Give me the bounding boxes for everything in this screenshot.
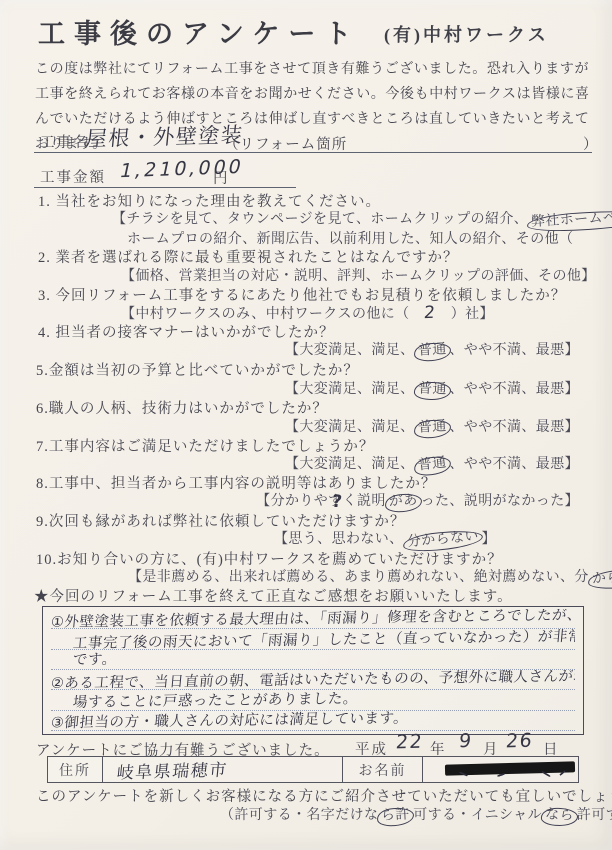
date-day-handwritten: 26 — [505, 730, 534, 753]
q7-options-pre: 【大変満足、満足、 — [285, 457, 415, 472]
question-4-options: 【大変満足、満足、普通、やや不満、最悪】 — [285, 339, 579, 361]
perm-circle-annotation-2: なら — [541, 807, 579, 827]
handwritten-comment-1: ①外壁塗装工事を依頼する最大理由は、「雨漏り」修理を含むところでしたが、 — [51, 609, 575, 629]
q1-options-pre: 【チラシを見て、タウンページを見て、ホームクリップの紹介、 — [112, 212, 528, 227]
q7-options-post: 、やや不満、最悪】 — [449, 457, 579, 472]
date-month-handwritten: 9 — [458, 730, 474, 752]
handwritten-comment-3: ③御担当の方・職人さんの対応には満足しています。 — [51, 711, 409, 731]
question-5-options: 【大変満足、満足、普通、やや不満、最悪】 — [285, 378, 579, 400]
handwritten-comment-1c: です。 — [72, 650, 118, 670]
handwritten-comment-2: ②ある工程で、当日直前の朝、電話はいただいたものの、予想外に職人さんが現場入 — [51, 670, 575, 690]
question-1-options-line1: 【チラシを見て、タウンページを見て、ホームクリップの紹介、弊社ホームページ — [112, 208, 612, 230]
perm-options-pre: （許可する・名字だけな — [220, 808, 378, 823]
free-comment-prompt: ★今回のリフォーム工事を終えて正直なご感想をお願いいたします。 — [34, 585, 513, 606]
permission-question: このアンケートを新しくお客様になる方にご紹介させていただいても宜しいでしょうか？ — [36, 785, 612, 806]
q8-options-pre: 【分かりやすく説明 — [256, 494, 386, 509]
q3-options-post: ）社】 — [436, 307, 494, 322]
name-label-cell: お名前 — [343, 757, 423, 782]
q4-circle-annotation: 普通 — [413, 342, 451, 362]
perm-circle-annotation-1: ら許 — [377, 807, 415, 827]
work-amount-label: 工事金額 — [40, 166, 106, 187]
question-3-options: 【中村ワークスのみ、中村ワークスの他に（ 2 ）社】 — [121, 303, 494, 323]
comment-box: ①外壁塗装工事を依頼する最大理由は、「雨漏り」修理を含むところでしたが、 工事完… — [42, 606, 584, 735]
permission-options: （許可する・名字だけなら許可する・イニシャルなら許可する） — [220, 804, 612, 826]
company-name: (有)中村ワークス — [384, 21, 549, 47]
q5-circle-annotation: 普通 — [413, 381, 450, 400]
address-label: 住所 — [59, 760, 91, 780]
q6-circle-annotation: 普通 — [413, 419, 451, 439]
address-handwritten-value: 岐阜県瑞穂市 — [116, 756, 229, 784]
q9-options-post: 】 — [482, 532, 496, 547]
q10-circle-annotation: からない — [587, 568, 612, 590]
q6-options-post: 、やや不満、最悪】 — [449, 420, 579, 435]
work-amount-unit: 円 — [213, 167, 229, 188]
q3-handwritten-count: 2 — [423, 303, 437, 323]
name-label: お名前 — [359, 760, 407, 780]
question-2: 2. 業者を選ばれる際に最も重要視されたことはなんですか？ — [38, 246, 459, 267]
scanned-survey-document: 工事後のアンケート (有)中村ワークス この度は弊社にてリフォーム工事をさせて頂… — [0, 0, 612, 850]
question-9-options: 【思う、思わない、分からない】 — [274, 528, 496, 550]
comment-line: ③御担当の方・職人さんの対応には満足しています。 — [51, 711, 575, 731]
page-title: 工事後のアンケート — [38, 12, 360, 51]
question-5: 5.金額は当初の予算と比べていかがでしたか？ — [36, 359, 359, 380]
q10-options-pre: 【是非薦める、出来れば薦める、あまり薦めれない、絶対薦めない、分 — [128, 570, 589, 585]
question-3: 3. 今回リフォーム工事をするにあたり他社でもお見積りを依頼しましたか？ — [38, 284, 566, 305]
q5-options-pre: 【大変満足、満足、 — [285, 382, 415, 397]
comment-line: 工事完了後の雨天において「雨漏り」したこと（直っていなかった）が非常に残念 — [51, 629, 575, 649]
q3-options-pre: 【中村ワークスのみ、中村ワークスの他に（ — [121, 307, 424, 322]
handwritten-comment-2b: 場することに戸惑ったことがありました。 — [72, 690, 359, 710]
comment-line: です。 — [51, 650, 575, 670]
address-label-cell: 住所 — [48, 757, 103, 782]
q5-options-post: 、やや不満、最悪】 — [449, 382, 579, 397]
question-8-options: 【分かりやすく説明があった、説明がなかった】 — [256, 490, 579, 512]
q6-options-pre: 【大変満足、満足、 — [285, 420, 415, 435]
reform-area-label: （リフォーム箇所 — [224, 133, 347, 154]
work-amount-underline — [34, 187, 296, 188]
address-value-cell: 岐阜県瑞穂市 — [103, 757, 343, 782]
q9-options-pre: 【思う、思わない、 — [274, 532, 404, 547]
perm-options-mid: 可する・イニシャル — [413, 808, 542, 823]
work-name-label: 工事名 — [40, 131, 90, 152]
q8-options-post: った、説明がなかった】 — [421, 494, 579, 509]
address-name-table: 住所 岐阜県瑞穂市 お名前 — [47, 756, 579, 783]
question-1-options-line2: ホームプロの紹介、新聞広告、以前利用した、知人の紹介、その他（ ）】 — [127, 228, 612, 248]
name-value-cell — [423, 757, 578, 782]
comment-line: 場することに戸惑ったことがありました。 — [51, 690, 575, 710]
date-year-handwritten: 22 — [395, 731, 424, 754]
q4-options-post: 、やや不満、最悪】 — [449, 343, 579, 358]
question-6: 6.職人の人柄、技術力はいかがでしたか？ — [36, 397, 328, 418]
handwritten-comment-1b: 工事完了後の雨天において「雨漏り」したこと（直っていなかった）が非常に残念 — [72, 629, 575, 649]
perm-options-post: 許可する） — [577, 808, 612, 823]
comment-line: ②ある工程で、当日直前の朝、電話はいただいたものの、予想外に職人さんが現場入 — [51, 670, 575, 690]
question-2-options: 【価格、営業担当の対応・説明、評判、ホームクリップの評価、その他】 — [121, 265, 596, 285]
comment-line: ①外壁塗装工事を依頼する最大理由は、「雨漏り」修理を含むところでしたが、 — [51, 609, 575, 629]
q4-options-pre: 【大変満足、満足、 — [285, 343, 415, 358]
work-name-handwritten-value: 屋根・外壁塗装 — [85, 119, 245, 153]
reform-area-close-paren: ） — [583, 133, 599, 154]
